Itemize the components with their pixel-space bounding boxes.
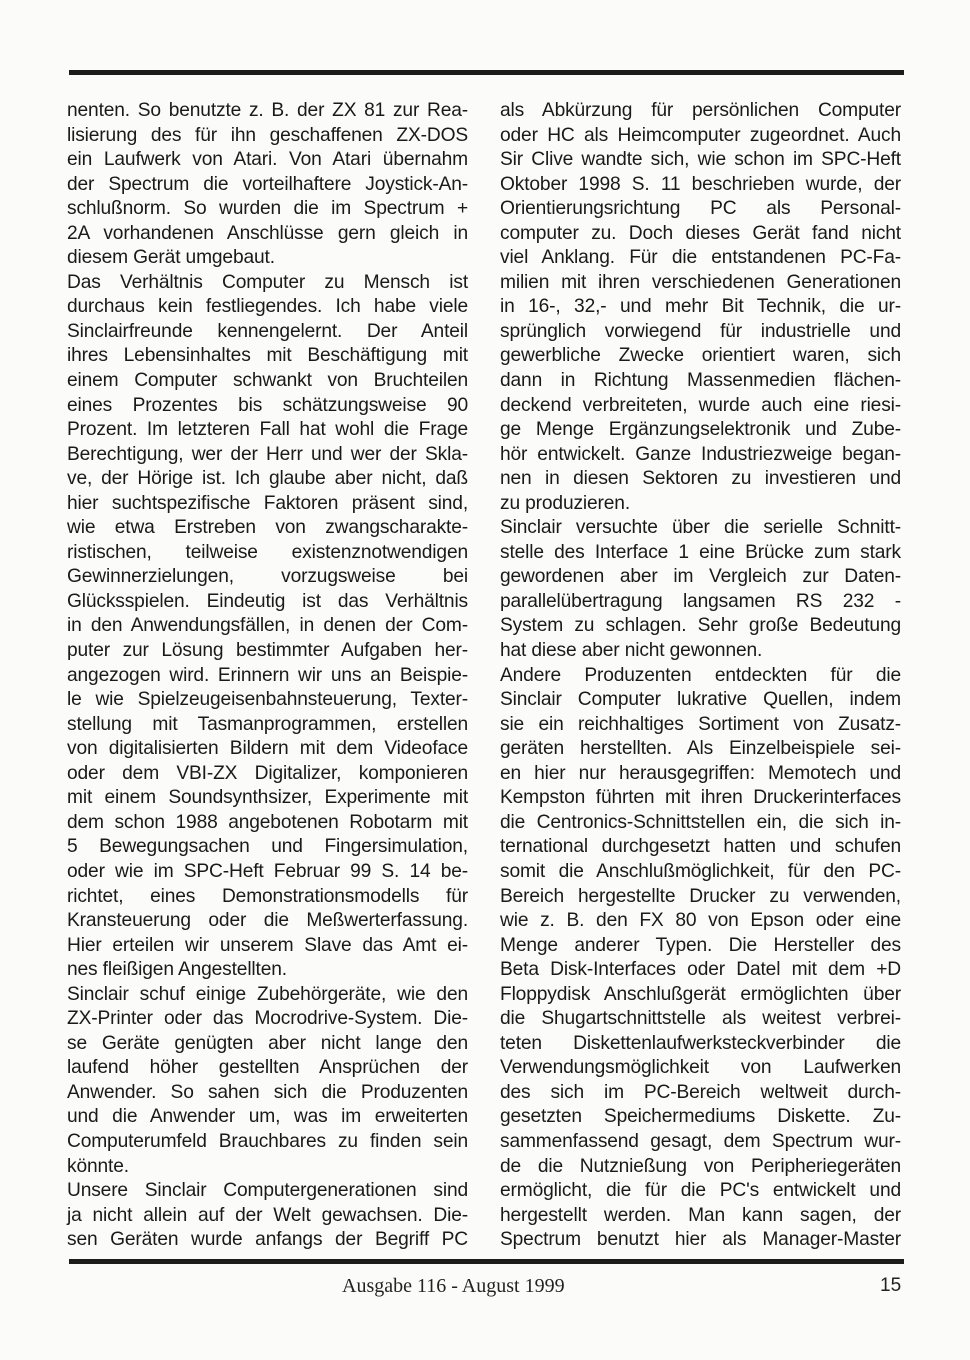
left-column: nenten. So benutzte z. B. der ZX 81 zur … [67, 99, 468, 1253]
text-line: dann in Richtung Massenmedien flächen- [500, 369, 901, 394]
text-line: die Centronics-Schnittstellen ein, die s… [500, 811, 901, 836]
text-line: Kransteuerung oder die Meßwerterfassung. [67, 909, 468, 934]
text-line: le wie Spielzeugeisenbahnsteuerung, Text… [67, 688, 468, 713]
text-line: eines Prozentes bis schätzungsweise 90 [67, 394, 468, 419]
text-line: sen Geräten wurde anfangs der Begriff PC [67, 1228, 468, 1253]
text-line: schlußnorm. So wurden die im Spectrum + [67, 197, 468, 222]
text-line: ihres Lebensinhaltes mit Beschäftigung m… [67, 344, 468, 369]
text-line: se Geräte genügten aber nicht lange den [67, 1032, 468, 1057]
text-line: hergestellt werden. Man kann sagen, der [500, 1204, 901, 1229]
text-line: Bereich hergestellte Drucker zu verwende… [500, 885, 901, 910]
text-line: parallelübertragung langsamen RS 232 - [500, 590, 901, 615]
text-line: dem schon 1988 angebotenen Robotarm mit [67, 811, 468, 836]
text-line: Orientierungsrichtung PC als Personal- [500, 197, 901, 222]
text-line: in 16-, 32,- und mehr Bit Technik, die u… [500, 295, 901, 320]
text-line: milien mit ihren verschiedenen Generatio… [500, 271, 901, 296]
text-line: Glücksspielen. Eindeutig ist das Verhält… [67, 590, 468, 615]
text-line: ein Laufwerk von Atari. Von Atari überna… [67, 148, 468, 173]
text-line: Das Verhältnis Computer zu Mensch ist [67, 271, 468, 296]
text-line: ge Menge Ergänzungselektronik und Zube- [500, 418, 901, 443]
text-line: die Shugartschnittstelle als weitest ver… [500, 1007, 901, 1032]
text-line: und die Anwender um, was im erweiterten [67, 1105, 468, 1130]
text-line: ZX-Printer oder das Mocrodrive-System. D… [67, 1007, 468, 1032]
text-line: Berechtigung, wer der Herr und wer der S… [67, 443, 468, 468]
page-number: 15 [880, 1275, 901, 1297]
text-line: nes fleißigen Angestellten. [67, 958, 468, 983]
text-line: der Spectrum die vorteilhaftere Joystick… [67, 173, 468, 198]
text-line: Sinclair schuf einige Zubehörgeräte, wie… [67, 983, 468, 1008]
text-line: ristischen, teilweise existenznotwendige… [67, 541, 468, 566]
text-line: mit einem Soundsynthsizer, Experimente m… [67, 786, 468, 811]
text-line: stelle des Interface 1 eine Brücke zum s… [500, 541, 901, 566]
text-line: sie ein reichhaltiges Sortiment von Zusa… [500, 713, 901, 738]
text-line: Sir Clive wandte sich, wie schon im SPC-… [500, 148, 901, 173]
text-line: stellung mit Tasmanprogrammen, erstellen [67, 713, 468, 738]
text-line: Prozent. Im letzteren Fall hat wohl die … [67, 418, 468, 443]
text-line: Floppydisk Anschlußgerät ermöglichten üb… [500, 983, 901, 1008]
text-line: des sich im PC-Bereich weltweit durch- [500, 1081, 901, 1106]
text-line: Sinclairfreunde kennengelernt. Der Antei… [67, 320, 468, 345]
right-column: als Abkürzung für persönlichen Computero… [500, 99, 901, 1253]
text-line: gesetzten Speichermediums Diskette. Zu- [500, 1105, 901, 1130]
text-line: 2A vorhandenen Anschlüsse gern gleich in [67, 222, 468, 247]
text-line: durchaus kein festliegendes. Ich habe vi… [67, 295, 468, 320]
text-line: lisierung des für ihn geschaffenen ZX-DO… [67, 124, 468, 149]
text-line: hier suchtspezifische Faktoren präsent s… [67, 492, 468, 517]
text-line: System zu schlagen. Sehr große Bedeutung [500, 614, 901, 639]
text-line: Sinclair Computer lukrative Quellen, ind… [500, 688, 901, 713]
footer-issue-label: Ausgabe 116 - August 1999 [342, 1275, 565, 1298]
text-line: Spectrum benutzt hier als Manager-Master [500, 1228, 901, 1253]
text-line: diesem Gerät umgebaut. [67, 246, 468, 271]
text-line: hat diese aber nicht gewonnen. [500, 639, 901, 664]
top-rule [69, 70, 904, 75]
text-line: Computerumfeld Brauchbares zu finden sei… [67, 1130, 468, 1155]
text-line: von digitalisierten Bildern mit dem Vide… [67, 737, 468, 762]
text-line: deckend verbreiteten, wurde auch eine ri… [500, 394, 901, 419]
text-line: laufend höher gestellten Ansprüchen der [67, 1056, 468, 1081]
text-line: gewordenen aber im Vergleich zur Daten- [500, 565, 901, 590]
text-line: Sinclair versuchte über die serielle Sch… [500, 516, 901, 541]
text-line: gewerbliche Zwecke orientiert waren, sic… [500, 344, 901, 369]
text-line: angezogen wird. Erinnern wir uns an Beis… [67, 664, 468, 689]
text-line: ternational durchgesetzt hatten und schu… [500, 835, 901, 860]
text-line: geräten herstellten. Als Einzelbeispiele… [500, 737, 901, 762]
text-line: könnte. [67, 1155, 468, 1180]
text-line: Menge anderer Typen. Die Hersteller des [500, 934, 901, 959]
bottom-rule [69, 1259, 904, 1264]
text-line: de die Nutznießung von Peripheriegeräten [500, 1155, 901, 1180]
text-line: ermöglicht, die für die PC's entwickelt … [500, 1179, 901, 1204]
text-line: Kempston führten mit ihren Druckerinterf… [500, 786, 901, 811]
text-line: als Abkürzung für persönlichen Computer [500, 99, 901, 124]
text-line: zu produzieren. [500, 492, 901, 517]
text-line: wie z. B. den FX 80 von Epson oder eine [500, 909, 901, 934]
text-line: 5 Bewegungsachen und Fingersimulation, [67, 835, 468, 860]
text-line: Oktober 1998 S. 11 beschrieben wurde, de… [500, 173, 901, 198]
text-line: Hier erteilen wir unserem Slave das Amt … [67, 934, 468, 959]
text-line: einem Computer schwankt von Bruchteilen [67, 369, 468, 394]
text-line: hör entwickelt. Ganze Industriezweige be… [500, 443, 901, 468]
text-line: teten Diskettenlaufwerksteckverbinder di… [500, 1032, 901, 1057]
text-line: ve, der Hörige ist. Ich glaube aber nich… [67, 467, 468, 492]
text-line: oder HC als Heimcomputer zugeordnet. Auc… [500, 124, 901, 149]
text-line: somit die Anschlußmöglichkeit, für den P… [500, 860, 901, 885]
text-line: Gewinnerzielungen, vorzugsweise bei [67, 565, 468, 590]
text-line: Anwender. So sahen sich die Produzenten [67, 1081, 468, 1106]
text-line: oder wie im SPC-Heft Februar 99 S. 14 be… [67, 860, 468, 885]
text-line: puter zur Lösung bestimmter Aufgaben her… [67, 639, 468, 664]
text-line: Unsere Sinclair Computergenerationen sin… [67, 1179, 468, 1204]
text-line: Verwendungsmöglichkeit von Laufwerken [500, 1056, 901, 1081]
text-line: viel Anklang. Für die entstandenen PC-Fa… [500, 246, 901, 271]
text-line: nenten. So benutzte z. B. der ZX 81 zur … [67, 99, 468, 124]
text-line: in den Anwendungsfällen, in denen der Co… [67, 614, 468, 639]
text-line: sammenfassend gesagt, dem Spectrum wur- [500, 1130, 901, 1155]
text-line: Beta Disk-Interfaces oder Datel mit dem … [500, 958, 901, 983]
text-line: en hier nur herausgegriffen: Memotech un… [500, 762, 901, 787]
text-line: richtet, eines Demonstrationsmodells für [67, 885, 468, 910]
text-line: Andere Produzenten entdeckten für die [500, 664, 901, 689]
text-line: oder dem VBI-ZX Digitalizer, komponieren [67, 762, 468, 787]
text-line: wie etwa Erstreben von zwangscharakte- [67, 516, 468, 541]
text-line: sprünglich vorwiegend für industrielle u… [500, 320, 901, 345]
text-line: computer zu. Doch dieses Gerät fand nich… [500, 222, 901, 247]
text-line: nen in diesen Sektoren zu investieren un… [500, 467, 901, 492]
text-line: ja nicht allein auf der Welt gewachsen. … [67, 1204, 468, 1229]
